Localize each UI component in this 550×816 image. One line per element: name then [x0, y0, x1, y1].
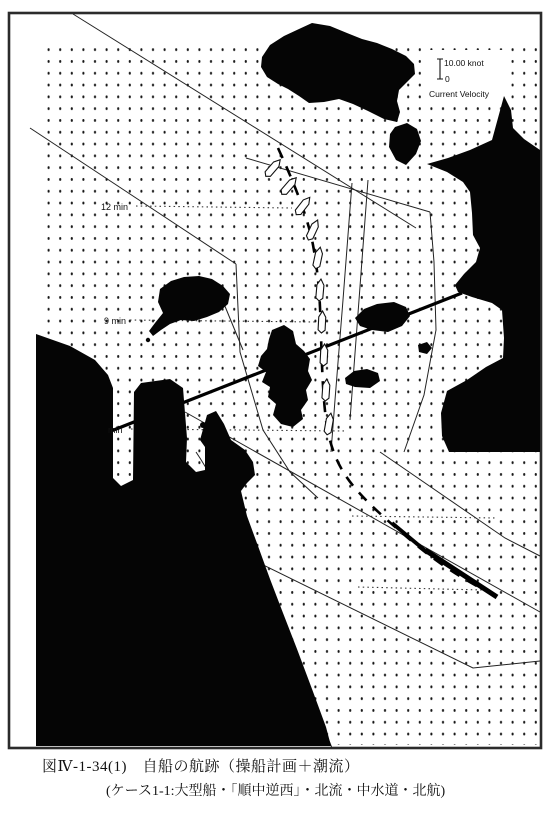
- legend-scale-value: 10.00 knot: [444, 58, 484, 68]
- time-label-9min: 9 min: [104, 316, 126, 326]
- time-label-12min: 12 min: [101, 202, 128, 212]
- landmass-rock: [146, 338, 150, 342]
- figure-caption-line2: (ケース1-1:大型船・「順中逆西」・北流・中水道・北航): [106, 780, 445, 800]
- figure-page: 10.00 knot 0 Current Velocity 12 min 9 m…: [0, 0, 550, 816]
- figure-caption-line1: 図Ⅳ-1-34(1) 自船の航跡（操船計画＋潮流）: [42, 755, 359, 776]
- time-label-6min: min: [108, 425, 123, 435]
- legend-title: Current Velocity: [429, 89, 490, 99]
- legend-scale-zero: 0: [445, 74, 450, 84]
- strait-chart: 10.00 knot 0 Current Velocity 12 min 9 m…: [0, 0, 550, 816]
